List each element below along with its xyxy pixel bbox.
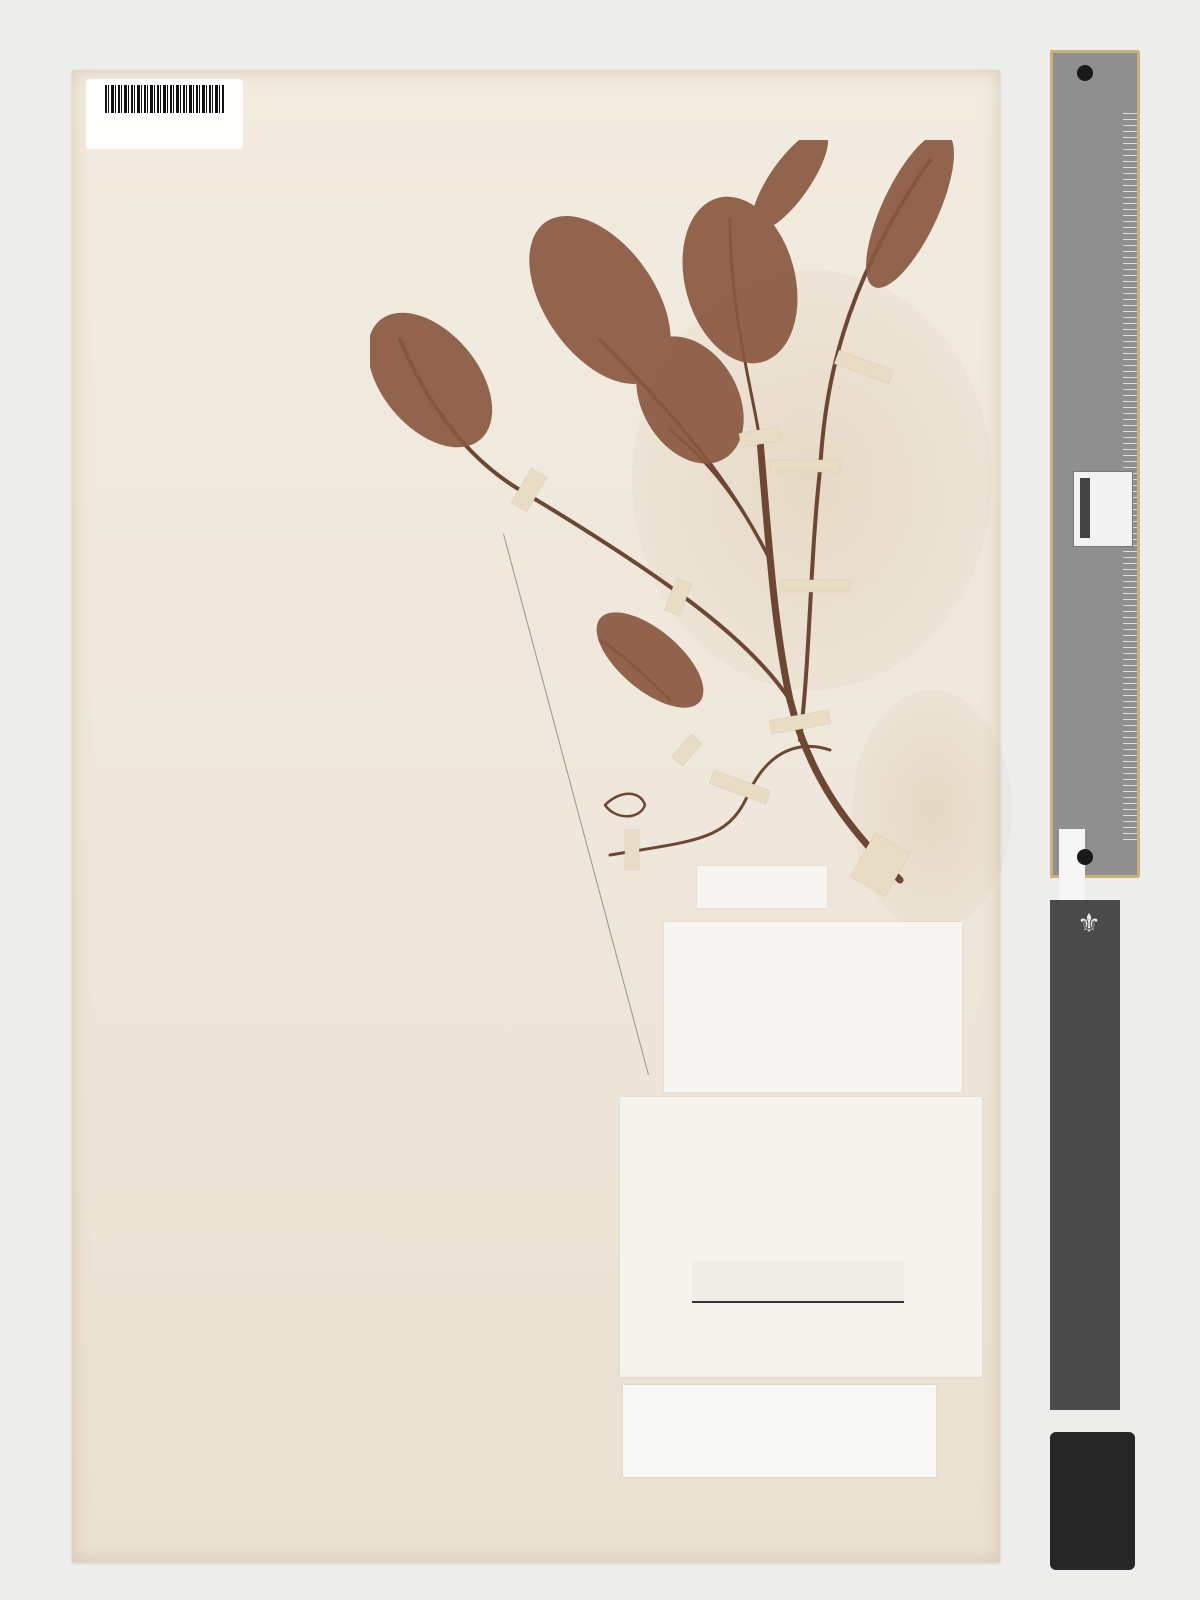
flores-label [697,866,827,908]
color-checker-card [1050,1432,1135,1570]
gauge-chart [1073,471,1133,547]
ruler-id [1059,829,1085,903]
kew-crest-icon: ⚜ [1072,906,1106,940]
herb-gay-label [620,1097,982,1377]
ruler-hole-icon [1077,65,1093,81]
plant-specimen [370,140,970,900]
lapeyrouse-label [664,922,962,1092]
herb-stamp [692,1261,904,1303]
kew-scale-bar: ⚜ [1050,900,1120,1410]
determination-label [623,1385,936,1477]
color-calibration-ruler [1050,50,1140,878]
cm-scale [1060,1046,1080,1396]
barcode-label [86,79,243,149]
ruler-hole-icon [1077,849,1093,865]
barcode-icon [105,85,225,113]
